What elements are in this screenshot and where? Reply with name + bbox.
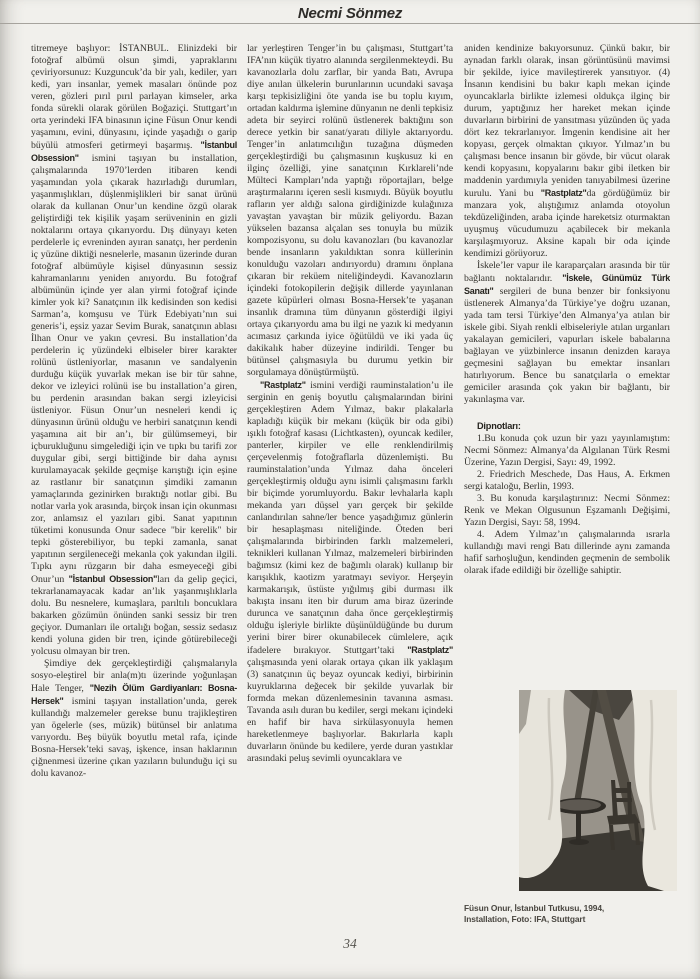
footnote-2: 2. Friedrich Meschede, Das Haus, A. Erkm…	[464, 469, 670, 493]
paragraph: aniden kendinize bakıyorsunuz. Çünkü bak…	[464, 43, 670, 260]
installation-photo	[519, 690, 677, 891]
paragraph: titremeye başlıyor: İSTANBUL. Elinizdeki…	[31, 43, 237, 658]
text-column-3: aniden kendinize bakıyorsunuz. Çünkü bak…	[464, 43, 670, 691]
body-text-run: çalışmasında yeni olarak ortaya çıkan il…	[247, 657, 453, 764]
photo-table-base	[569, 839, 589, 845]
paragraph: lar yerleştiren Tenger’in bu çalışması, …	[247, 43, 453, 379]
bold-work-title: "İstanbul Obsession"	[69, 574, 158, 584]
bold-work-title: "Rastplatz"	[407, 645, 453, 655]
page-header: Necmi Sönmez	[0, 5, 700, 23]
bold-work-title: "Rastplatz"	[260, 380, 306, 390]
body-text-run: ismini taşıyan bu installation, çalışmal…	[31, 153, 237, 585]
footnote-4: 4. Adem Yılmaz’ın çalışmalarında ısrarla…	[464, 529, 670, 577]
footnotes-heading: Dipnotları:	[477, 420, 670, 432]
text-column-1: titremeye başlıyor: İSTANBUL. Elinizdeki…	[31, 43, 237, 961]
header-rule	[0, 23, 700, 24]
scanned-magazine-page: Necmi Sönmez titremeye başlıyor: İSTANBU…	[0, 0, 700, 979]
page-number: 34	[0, 936, 700, 952]
photo-table-leg	[576, 810, 581, 843]
paragraph: Şimdiye dek gerçekleştirdiği çalışmaları…	[31, 658, 237, 780]
body-text-run: ları da gelip geçici, tekrarlanamayacak …	[31, 574, 237, 657]
body-text-run: ismini taşıyan installation’unda, gerek …	[31, 696, 237, 779]
bold-work-title: "Rastplatz"	[541, 188, 587, 198]
photo-caption-line-1: Füsun Onur, İstanbul Tutkusu, 1994,	[464, 903, 604, 913]
footnote-1: 1.Bu konuda çok uzun bir yazı yayınlamış…	[464, 433, 670, 469]
photo-table-highlight	[557, 800, 601, 811]
installation-photo-figure: Füsun Onur, İstanbul Tutkusu, 1994, Inst…	[464, 690, 676, 924]
body-text-run: aniden kendinize bakıyorsunuz. Çünkü bak…	[464, 43, 670, 199]
body-text-run: sergileri de buna benzer bir fonksiyonu …	[464, 286, 670, 405]
body-text-run: titremeye başlıyor: İSTANBUL. Elinizdeki…	[31, 43, 237, 151]
body-text-run: ismini verdiği rauminstalation’u ile ser…	[247, 380, 453, 656]
text-column-2: lar yerleştiren Tenger’in bu çalışması, …	[247, 43, 453, 961]
author-header: Necmi Sönmez	[298, 5, 402, 22]
photo-caption-line-2: Installation, Foto: IFA, Stuttgart	[464, 914, 585, 924]
paragraph: İskele’ler vapur ile karaparçaları arası…	[464, 260, 670, 406]
footnote-3: 3. Bu konuda karşılaştırınız: Necmi Sönm…	[464, 493, 670, 529]
photo-caption: Füsun Onur, İstanbul Tutkusu, 1994, Inst…	[464, 903, 676, 924]
paragraph: "Rastplatz" ismini verdiği rauminstalati…	[247, 379, 453, 765]
body-text-run: lar yerleştiren Tenger’in bu çalışması, …	[247, 43, 453, 378]
